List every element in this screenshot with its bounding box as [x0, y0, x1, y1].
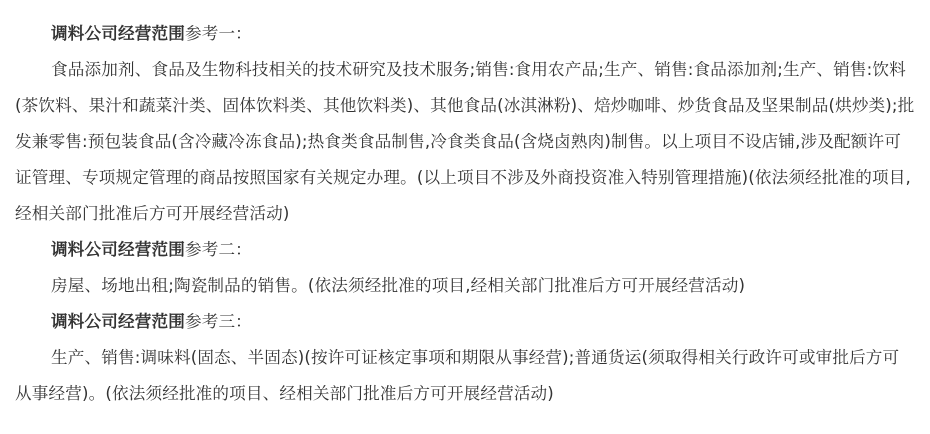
section-1-body: 食品添加剂、食品及生物科技相关的技术研究及技术服务;销售:食用农产品;生产、销售…	[15, 52, 916, 232]
section-2-heading-suffix: 参考二：	[185, 240, 252, 259]
section-2-body: 房屋、场地出租;陶瓷制品的销售。(依法须经批准的项目,经相关部门批准后方可开展经…	[15, 268, 916, 304]
section-1-heading-bold: 调料公司经营范围	[51, 24, 185, 43]
section-1-heading-suffix: 参考一：	[185, 24, 252, 43]
section-2-heading: 调料公司经营范围参考二：	[15, 232, 916, 268]
section-1-heading: 调料公司经营范围参考一：	[15, 16, 916, 52]
section-3-heading-bold: 调料公司经营范围	[51, 312, 185, 331]
section-2-heading-bold: 调料公司经营范围	[51, 240, 185, 259]
article-content: 调料公司经营范围参考一： 食品添加剂、食品及生物科技相关的技术研究及技术服务;销…	[0, 0, 930, 412]
section-3-heading: 调料公司经营范围参考三：	[15, 304, 916, 340]
section-3-body: 生产、销售:调味料(固态、半固态)(按许可证核定事项和期限从事经营);普通货运(…	[15, 340, 916, 412]
section-3-heading-suffix: 参考三：	[185, 312, 252, 331]
